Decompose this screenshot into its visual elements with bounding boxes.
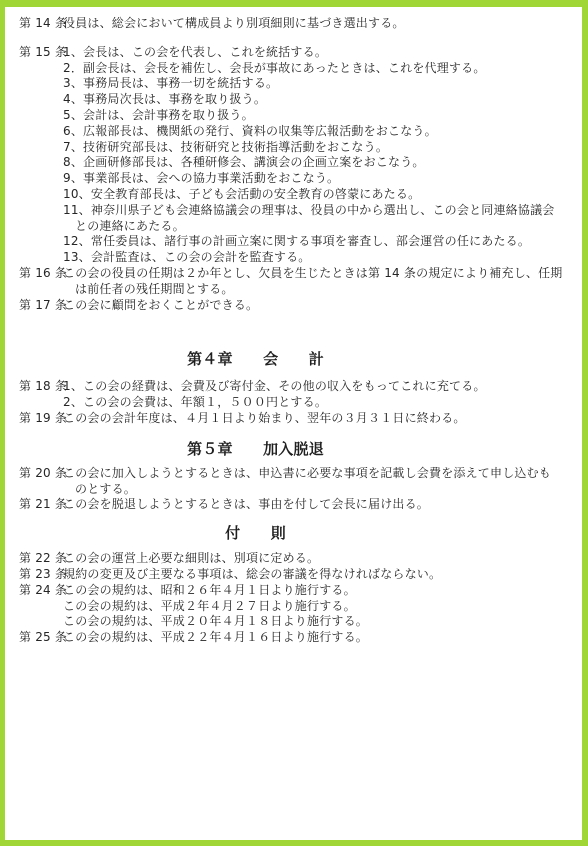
article-15-line: 3、事務局長は、事務一切を統括する。: [63, 76, 572, 92]
article-24-body: この会の規約は、昭和２６年４月１日より施行する。 この会の規約は、平成２年４月２…: [63, 583, 572, 630]
article-20-line: この会に加入しようとするときは、申込書に必要な事項を記載し会費を添えて申し込むも: [63, 466, 572, 482]
article-24: 第 24 条 この会の規約は、昭和２６年４月１日より施行する。 この会の規約は、…: [13, 583, 572, 630]
chapter-4-heading: 第４章 会 計: [0, 349, 535, 369]
article-16-body: この会の役員の任期は２か年とし、欠員を生じたときは第 14 条の規定により補充し…: [63, 266, 572, 298]
document-content: 第 14 条 役員は、総会において構成員より別項細則に基づき選出する。 第 15…: [5, 7, 582, 646]
article-15-label: 第 15 条: [13, 45, 63, 61]
article-19-label: 第 19 条: [13, 411, 63, 427]
article-17-text: この会に顧問をおくことができる。: [63, 298, 572, 314]
article-15-line: 8、企画研修部長は、各種研修会、講演会の企画立案をおこなう。: [63, 155, 572, 171]
article-24-line: この会の規約は、平成２０年４月１８日より施行する。: [63, 614, 572, 630]
article-22-text: この会の運営上必要な細則は、別項に定める。: [63, 551, 572, 567]
article-22: 第 22 条 この会の運営上必要な細則は、別項に定める。: [13, 551, 572, 567]
article-24-line: この会の規約は、昭和２６年４月１日より施行する。: [63, 583, 572, 599]
article-15-line: 1、会長は、この会を代表し、これを統括する。: [63, 45, 572, 61]
article-25-text: この会の規約は、平成２２年４月１６日より施行する。: [63, 630, 572, 646]
article-17: 第 17 条 この会に顧問をおくことができる。: [13, 298, 572, 314]
article-21: 第 21 条 この会を脱退しようとするときは、事由を付して会長に届け出る。: [13, 497, 572, 513]
article-18-line: 1、この会の経費は、会費及び寄付金、その他の収入をもってこれに充てる。: [63, 379, 572, 395]
spacer: [13, 32, 572, 45]
article-16-line: この会の役員の任期は２か年とし、欠員を生じたときは第 14 条の規定により補充し…: [63, 266, 572, 282]
article-24-line: この会の規約は、平成２年４月２７日より施行する。: [63, 599, 572, 615]
article-17-label: 第 17 条: [13, 298, 63, 314]
article-18-label: 第 18 条: [13, 379, 63, 395]
article-25-label: 第 25 条: [13, 630, 63, 646]
article-15-line: 10、安全教育部長は、子ども会活動の安全教育の啓蒙にあたる。: [63, 187, 572, 203]
article-19-text: この会の会計年度は、４月１日より始まり、翌年の３月３１日に終わる。: [63, 411, 572, 427]
article-21-text: この会を脱退しようとするときは、事由を付して会長に届け出る。: [63, 497, 572, 513]
article-15-line: 12、常任委員は、諸行事の計画立案に関する事項を審査し、部会運営の任にあたる。: [63, 234, 572, 250]
scanned-document-page: 第 14 条 役員は、総会において構成員より別項細則に基づき選出する。 第 15…: [0, 0, 588, 846]
article-23: 第 23 条 規約の変更及び主要なる事項は、総会の審議を得なければならない。: [13, 567, 572, 583]
article-16-line-continuation: は前任者の残任期間とする。: [63, 282, 572, 298]
article-16: 第 16 条 この会の役員の任期は２か年とし、欠員を生じたときは第 14 条の規…: [13, 266, 572, 298]
article-15-line: 5、会計は、会計事務を取り扱う。: [63, 108, 572, 124]
article-15: 第 15 条 1、会長は、この会を代表し、これを統括する。 2．副会長は、会長を…: [13, 45, 572, 266]
article-23-text: 規約の変更及び主要なる事項は、総会の審議を得なければならない。: [63, 567, 572, 583]
article-21-label: 第 21 条: [13, 497, 63, 513]
article-18-body: 1、この会の経費は、会費及び寄付金、その他の収入をもってこれに充てる。 2、この…: [63, 379, 572, 411]
article-20-label: 第 20 条: [13, 466, 63, 482]
article-15-line: 9、事業部長は、会への協力事業活動をおこなう。: [63, 171, 572, 187]
article-15-line: 4、事務局次長は、事務を取り扱う。: [63, 92, 572, 108]
article-23-label: 第 23 条: [13, 567, 63, 583]
article-16-label: 第 16 条: [13, 266, 63, 282]
article-15-body: 1、会長は、この会を代表し、これを統括する。 2．副会長は、会長を補佐し、会長が…: [63, 45, 572, 266]
article-24-label: 第 24 条: [13, 583, 63, 599]
article-15-line: 13、会計監査は、この会の会計を監査する。: [63, 250, 572, 266]
article-25: 第 25 条 この会の規約は、平成２２年４月１６日より施行する。: [13, 630, 572, 646]
article-20: 第 20 条 この会に加入しようとするときは、申込書に必要な事項を記載し会費を添…: [13, 466, 572, 498]
article-18: 第 18 条 1、この会の経費は、会費及び寄付金、その他の収入をもってこれに充て…: [13, 379, 572, 411]
article-15-line: 6、広報部長は、機関紙の発行、資料の収集等広報活動をおこなう。: [63, 124, 572, 140]
supplementary-provisions-heading: 付 則: [0, 523, 535, 543]
article-15-line: 7、技術研究部長は、技術研究と技術指導活動をおこなう。: [63, 140, 572, 156]
article-14-text: 役員は、総会において構成員より別項細則に基づき選出する。: [63, 16, 572, 32]
article-19: 第 19 条 この会の会計年度は、４月１日より始まり、翌年の３月３１日に終わる。: [13, 411, 572, 427]
article-14: 第 14 条 役員は、総会において構成員より別項細則に基づき選出する。: [13, 16, 572, 32]
article-20-line-continuation: のとする。: [63, 482, 572, 498]
article-22-label: 第 22 条: [13, 551, 63, 567]
chapter-5-heading: 第５章 加入脱退: [0, 439, 535, 459]
article-18-line: 2、この会の会費は、年額１，５００円とする。: [63, 395, 572, 411]
article-15-line: 2．副会長は、会長を補佐し、会長が事故にあったときは、これを代理する。: [63, 61, 572, 77]
article-15-line-continuation: との連絡にあたる。: [63, 219, 572, 235]
article-15-line: 11、神奈川県子ども会連絡協議会の理事は、役員の中から選出し、この会と同連絡協議…: [63, 203, 572, 219]
article-20-body: この会に加入しようとするときは、申込書に必要な事項を記載し会費を添えて申し込むも…: [63, 466, 572, 498]
article-14-label: 第 14 条: [13, 16, 63, 32]
